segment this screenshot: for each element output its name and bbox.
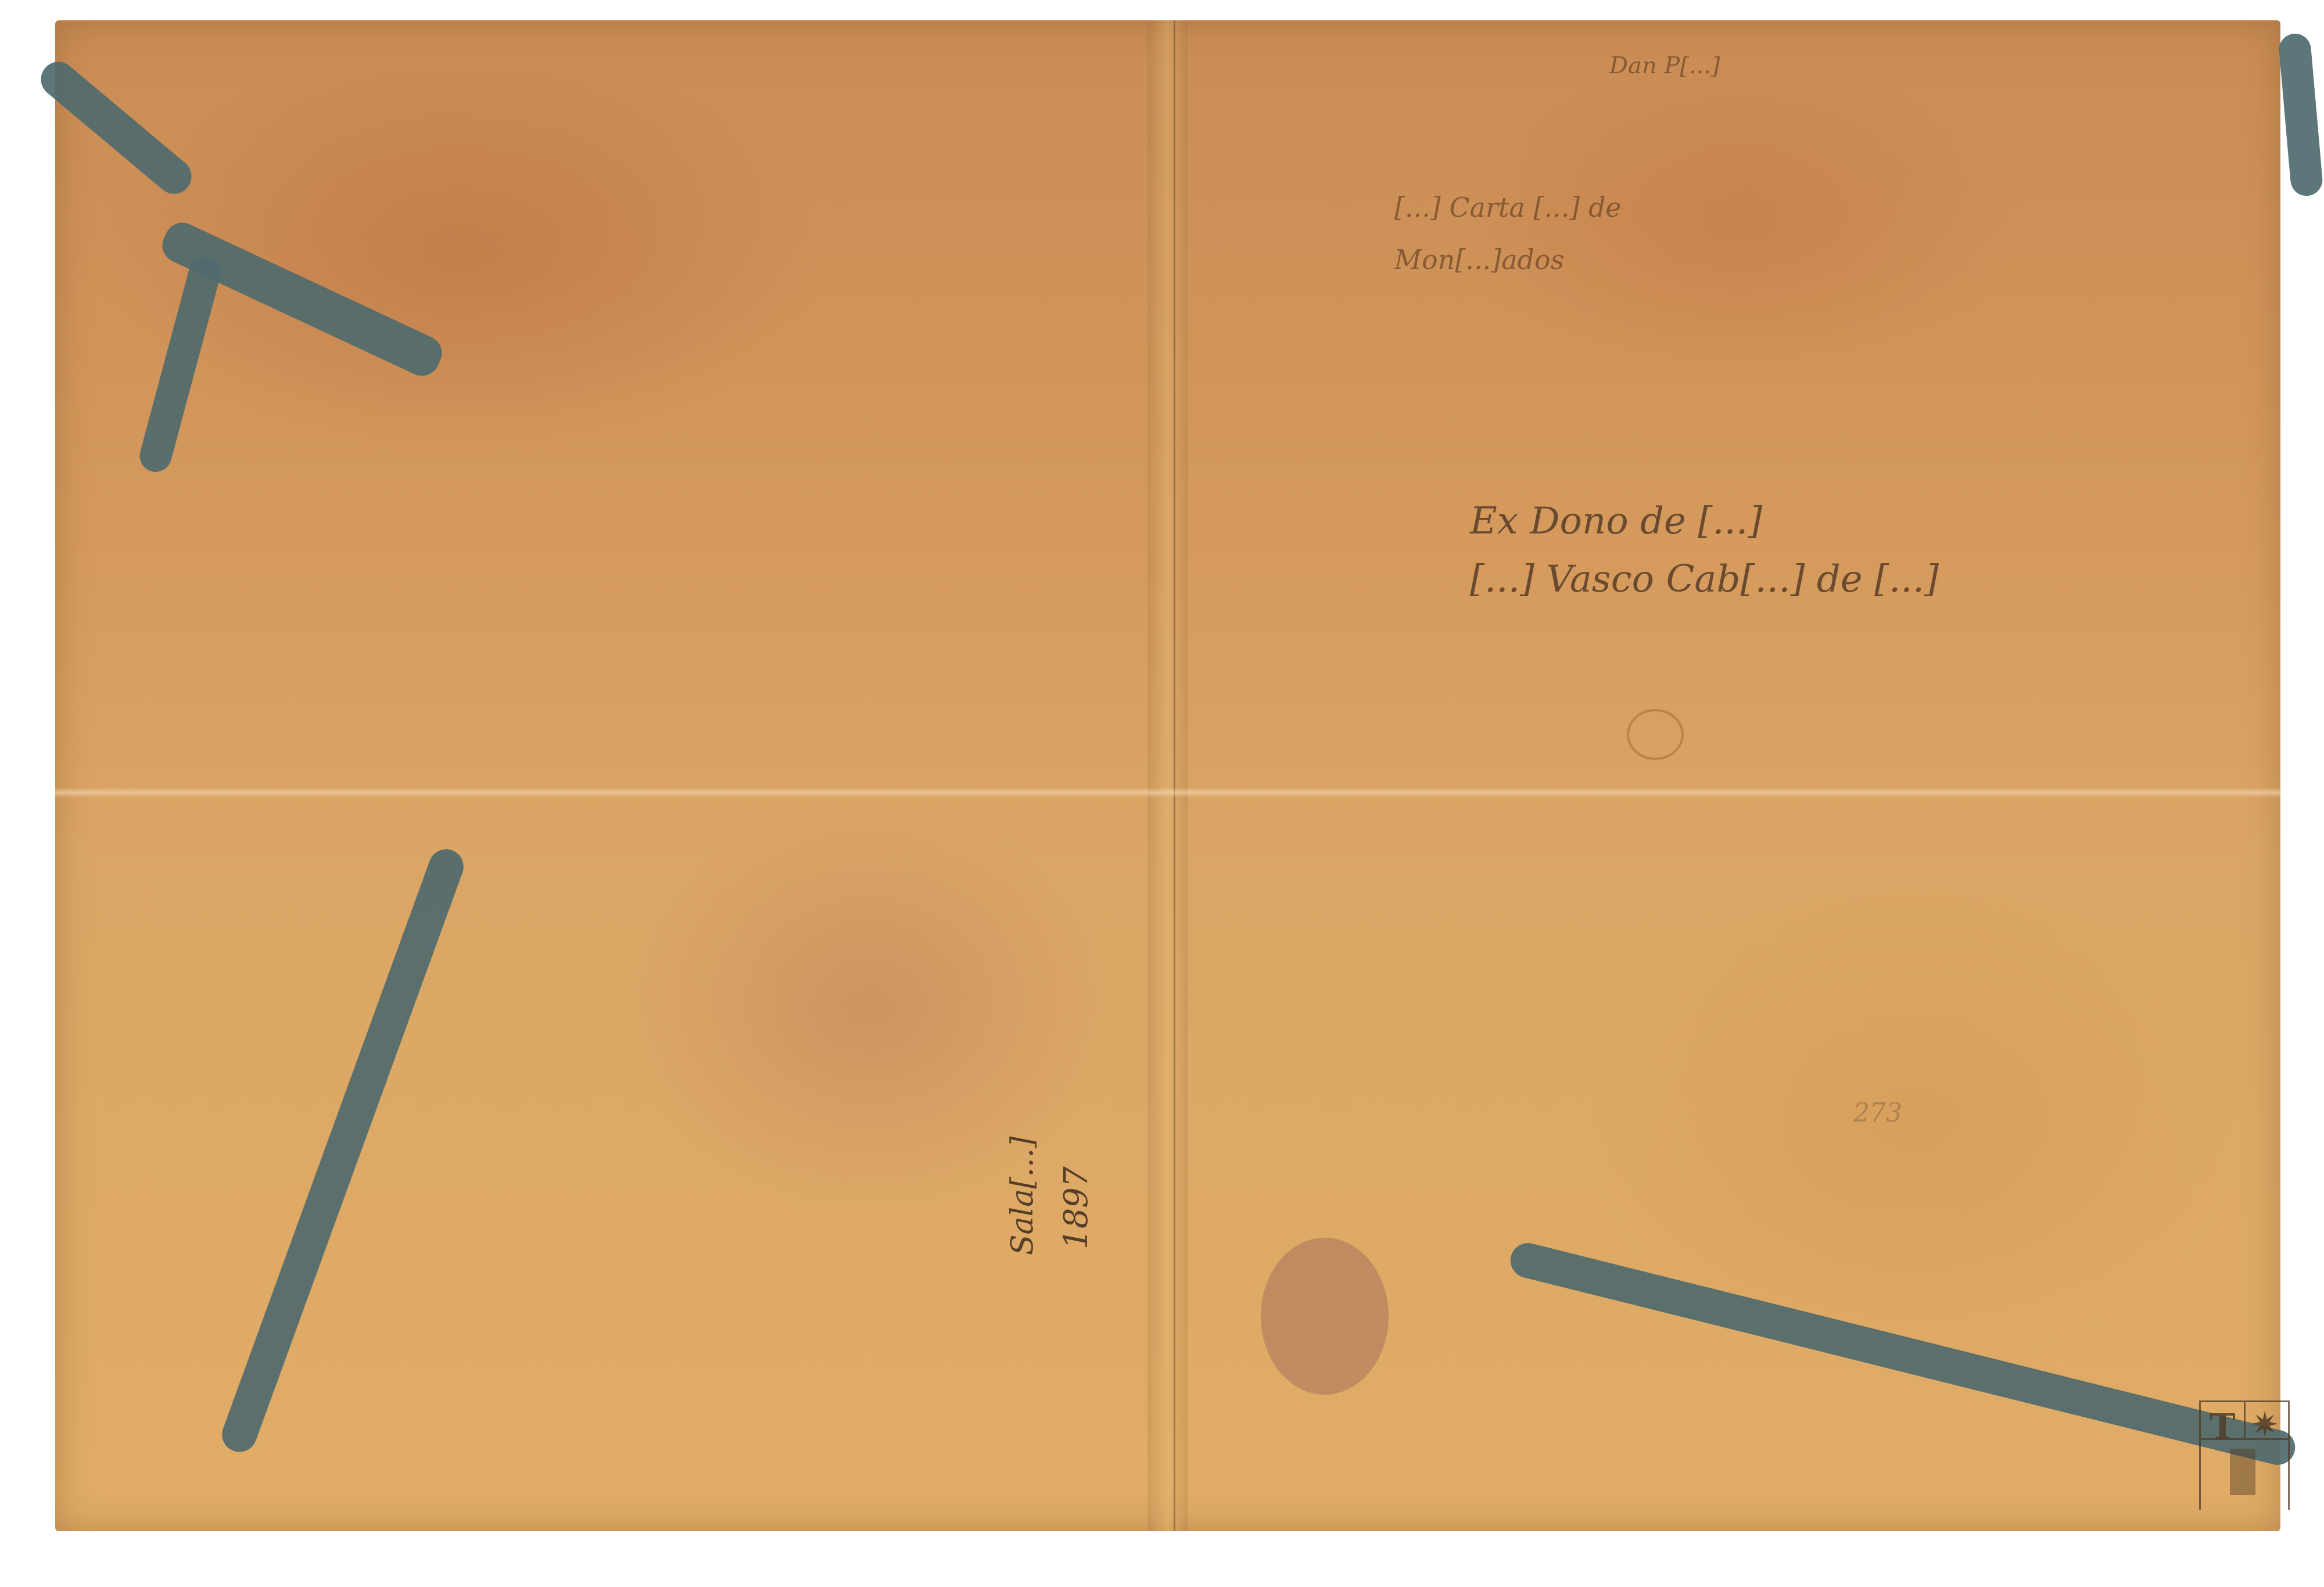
spine-sewing-line (1174, 20, 1175, 1531)
crest-watermark: T ✷ (2199, 1400, 2290, 1510)
stain (1261, 1238, 1389, 1395)
crest-divider (2244, 1402, 2246, 1438)
horizontal-fold-crease (55, 787, 2280, 798)
crest-t-icon: T (2210, 1407, 2236, 1448)
stain (1627, 709, 1684, 760)
shelfmark-number: 1897 (1057, 1166, 1095, 1249)
inscription-line: [...] Vasco Cab[...] de [...] (1470, 558, 1939, 601)
shelfmark-label: Sala[...] (1005, 1137, 1040, 1255)
crest-tower-icon (2230, 1449, 2255, 1495)
inscription-line: [...] Carta [...] de (1394, 192, 1622, 223)
crest-star-icon: ✷ (2250, 1405, 2279, 1445)
page-number: 273 (1853, 1098, 1902, 1128)
spine (1147, 20, 1188, 1531)
inscription-line: Dan P[...] (1609, 52, 1720, 79)
cloth-tie-top-right (2278, 33, 2323, 198)
inscription-line: Mon[...]ados (1394, 244, 1564, 275)
inscription-line: Ex Dono de [...] (1470, 500, 1762, 543)
